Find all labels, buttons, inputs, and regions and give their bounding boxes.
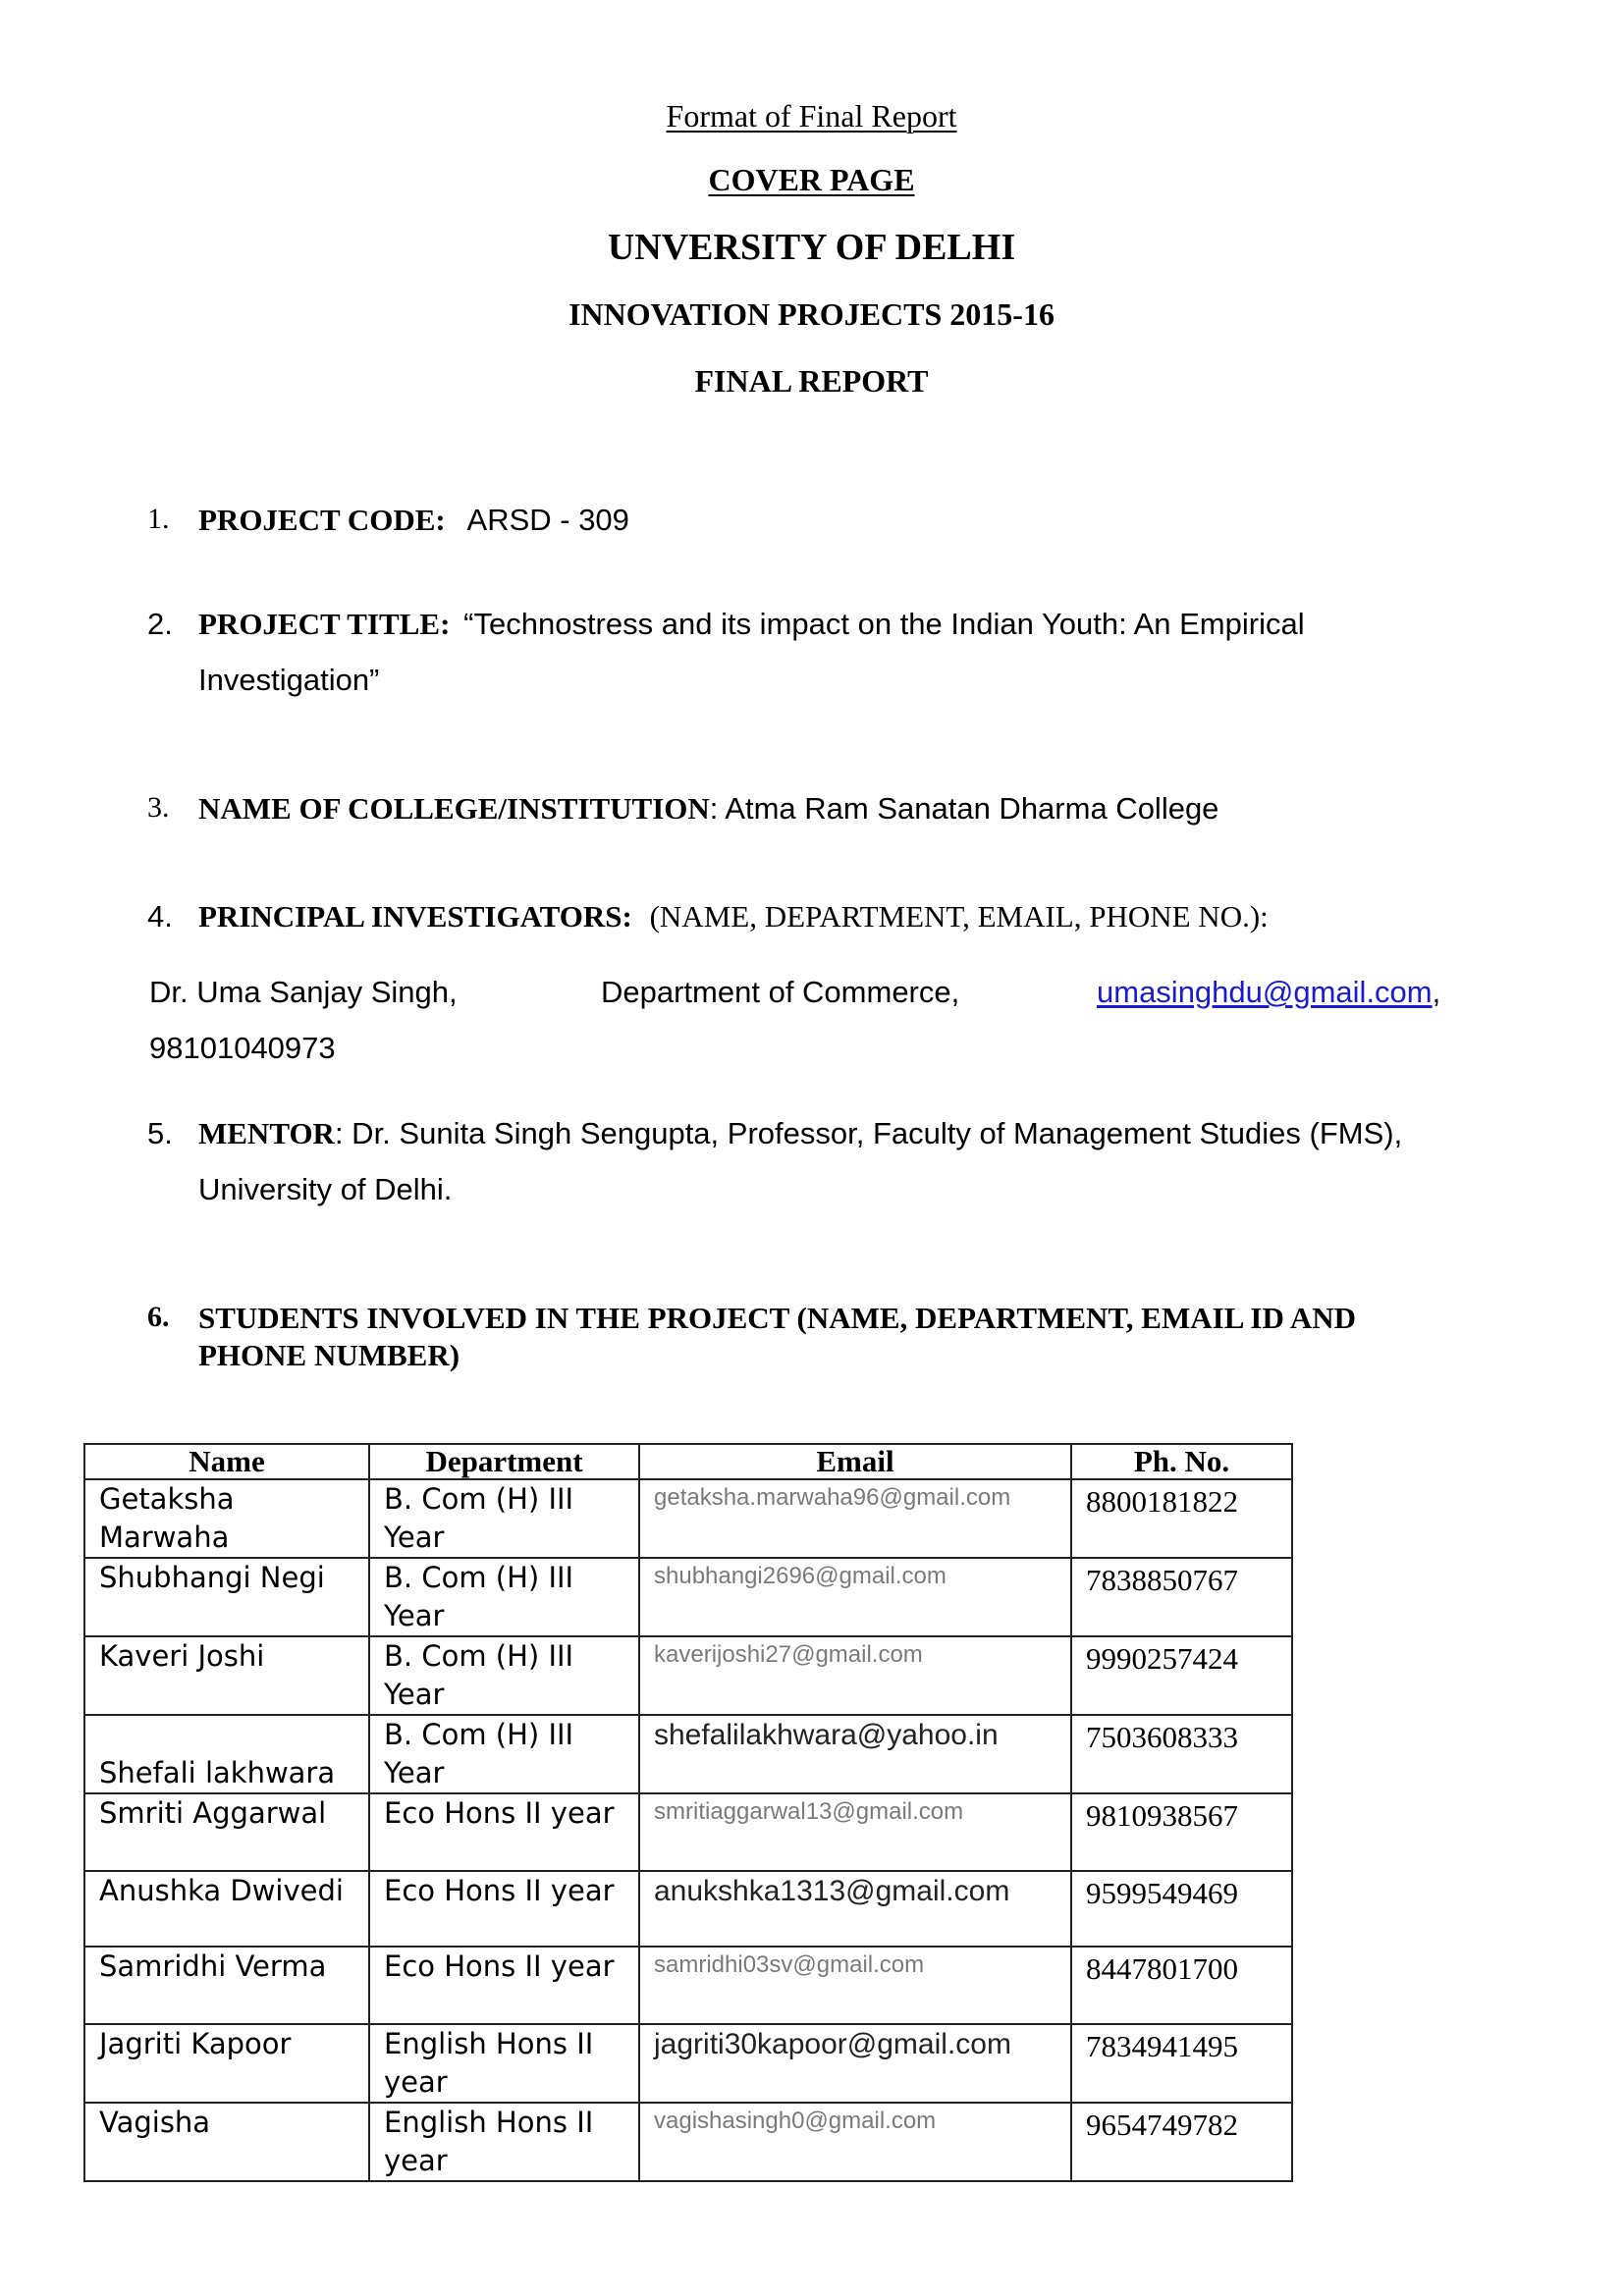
table-row: Jagriti Kapoor English Hons II year jagr…	[84, 2024, 1292, 2103]
project-title-label: PROJECT TITLE:	[198, 607, 450, 641]
table-row: Samridhi Verma Eco Hons II year samridhi…	[84, 1947, 1292, 2024]
student-department: Eco Hons II year	[369, 1947, 639, 2024]
project-code-label: PROJECT CODE:	[198, 503, 446, 537]
student-phone: 8800181822	[1071, 1479, 1292, 1558]
students-heading-line2: PHONE NUMBER)	[198, 1338, 460, 1373]
column-header-name: Name	[84, 1444, 369, 1479]
pi-phone: 98101040973	[149, 1031, 336, 1066]
student-email: jagriti30kapoor@gmail.com	[639, 2024, 1071, 2103]
project-code-value: ARSD - 309	[467, 503, 629, 537]
student-email: samridhi03sv@gmail.com	[639, 1947, 1071, 2024]
student-email: smritiaggarwal13@gmail.com	[639, 1793, 1071, 1871]
cover-page-heading: COVER PAGE	[0, 162, 1623, 198]
students-table: Name Department Email Ph. No. Getaksha M…	[83, 1443, 1293, 2182]
report-type-heading: FINAL REPORT	[0, 363, 1623, 400]
pi-email-suffix: ,	[1433, 975, 1441, 1009]
student-email: vagishasingh0@gmail.com	[639, 2103, 1071, 2181]
student-phone: 8447801700	[1071, 1947, 1292, 2024]
student-phone: 7834941495	[1071, 2024, 1292, 2103]
student-department: B. Com (H) III Year	[369, 1715, 639, 1793]
student-phone: 9990257424	[1071, 1636, 1292, 1715]
table-row: Shefali lakhwara B. Com (H) III Year she…	[84, 1715, 1292, 1793]
college-value: : Atma Ram Sanatan Dharma College	[710, 791, 1219, 826]
principal-investigators: PRINCIPAL INVESTIGATORS: (NAME, DEPARTME…	[198, 899, 1269, 934]
item-number-6: 6.	[147, 1301, 170, 1334]
pi-name: Dr. Uma Sanjay Singh,	[149, 975, 458, 1010]
student-department: B. Com (H) III Year	[369, 1558, 639, 1636]
project-code: PROJECT CODE: ARSD - 309	[198, 503, 629, 538]
students-heading-line1: STUDENTS INVOLVED IN THE PROJECT (NAME, …	[198, 1301, 1356, 1336]
student-department: English Hons II year	[369, 2024, 639, 2103]
item-number-4: 4.	[147, 899, 173, 934]
pi-department: Department of Commerce,	[601, 975, 959, 1010]
table-row: Vagisha English Hons II year vagishasing…	[84, 2103, 1292, 2181]
student-email: getaksha.marwaha96@gmail.com	[639, 1479, 1071, 1558]
student-department: B. Com (H) III Year	[369, 1479, 639, 1558]
student-name: Shefali lakhwara	[84, 1715, 369, 1793]
mentor-value-line2: University of Delhi.	[198, 1172, 452, 1207]
project-title-value-line2: Investigation”	[198, 663, 379, 698]
student-department: Eco Hons II year	[369, 1871, 639, 1947]
project-title-value-line1: “Technostress and its impact on the Indi…	[463, 607, 1304, 641]
pi-label: PRINCIPAL INVESTIGATORS:	[198, 899, 632, 934]
column-header-phone: Ph. No.	[1071, 1444, 1292, 1479]
table-row: Shubhangi Negi B. Com (H) III Year shubh…	[84, 1558, 1292, 1636]
student-email: anukshka1313@gmail.com	[639, 1871, 1071, 1947]
pi-email-link[interactable]: umasinghdu@gmail.com	[1097, 975, 1433, 1009]
student-name: Smriti Aggarwal	[84, 1793, 369, 1871]
format-title: Format of Final Report	[0, 98, 1623, 134]
student-department: Eco Hons II year	[369, 1793, 639, 1871]
mentor-label: MENTOR	[198, 1116, 335, 1150]
column-header-email: Email	[639, 1444, 1071, 1479]
university-heading: UNVERSITY OF DELHI	[0, 226, 1623, 269]
item-number-5: 5.	[147, 1116, 173, 1151]
item-number-1: 1.	[147, 503, 170, 536]
student-name: Jagriti Kapoor	[84, 2024, 369, 2103]
student-phone: 9654749782	[1071, 2103, 1292, 2181]
college-institution: NAME OF COLLEGE/INSTITUTION: Atma Ram Sa…	[198, 791, 1218, 827]
student-name: Getaksha Marwaha	[84, 1479, 369, 1558]
pi-email-line: umasinghdu@gmail.com,	[1097, 975, 1440, 1010]
student-name: Samridhi Verma	[84, 1947, 369, 2024]
column-header-department: Department	[369, 1444, 639, 1479]
item-number-2: 2.	[147, 607, 173, 642]
table-row: Kaveri Joshi B. Com (H) III Year kaverij…	[84, 1636, 1292, 1715]
student-email: shefalilakhwara@yahoo.in	[639, 1715, 1071, 1793]
table-row: Getaksha Marwaha B. Com (H) III Year get…	[84, 1479, 1292, 1558]
student-phone: 7838850767	[1071, 1558, 1292, 1636]
format-title-text: Format of Final Report	[667, 98, 957, 133]
student-email: kaverijoshi27@gmail.com	[639, 1636, 1071, 1715]
mentor-value-line1: : Dr. Sunita Singh Sengupta, Professor, …	[335, 1116, 1402, 1150]
student-department: B. Com (H) III Year	[369, 1636, 639, 1715]
college-label: NAME OF COLLEGE/INSTITUTION	[198, 791, 710, 826]
program-heading: INNOVATION PROJECTS 2015-16	[0, 296, 1623, 333]
pi-note: (NAME, DEPARTMENT, EMAIL, PHONE NO.):	[650, 899, 1269, 934]
student-name: Kaveri Joshi	[84, 1636, 369, 1715]
student-phone: 9810938567	[1071, 1793, 1292, 1871]
table-row: Anushka Dwivedi Eco Hons II year anukshk…	[84, 1871, 1292, 1947]
mentor: MENTOR: Dr. Sunita Singh Sengupta, Profe…	[198, 1116, 1402, 1151]
student-phone: 9599549469	[1071, 1871, 1292, 1947]
student-email: shubhangi2696@gmail.com	[639, 1558, 1071, 1636]
cover-page-text: COVER PAGE	[708, 162, 914, 197]
student-name: Shubhangi Negi	[84, 1558, 369, 1636]
project-title: PROJECT TITLE: “Technostress and its imp…	[198, 607, 1305, 642]
student-department: English Hons II year	[369, 2103, 639, 2181]
student-name: Vagisha	[84, 2103, 369, 2181]
table-header-row: Name Department Email Ph. No.	[84, 1444, 1292, 1479]
student-phone: 7503608333	[1071, 1715, 1292, 1793]
item-number-3: 3.	[147, 791, 170, 825]
table-row: Smriti Aggarwal Eco Hons II year smritia…	[84, 1793, 1292, 1871]
student-name: Anushka Dwivedi	[84, 1871, 369, 1947]
